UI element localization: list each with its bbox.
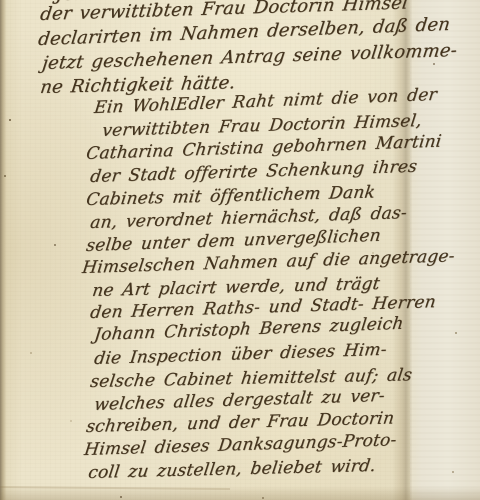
manuscript-page: Johann der verwittibten Frau Doctorin Hi… <box>0 0 480 500</box>
manuscript-text: Johann der verwittibten Frau Doctorin Hi… <box>0 0 480 500</box>
